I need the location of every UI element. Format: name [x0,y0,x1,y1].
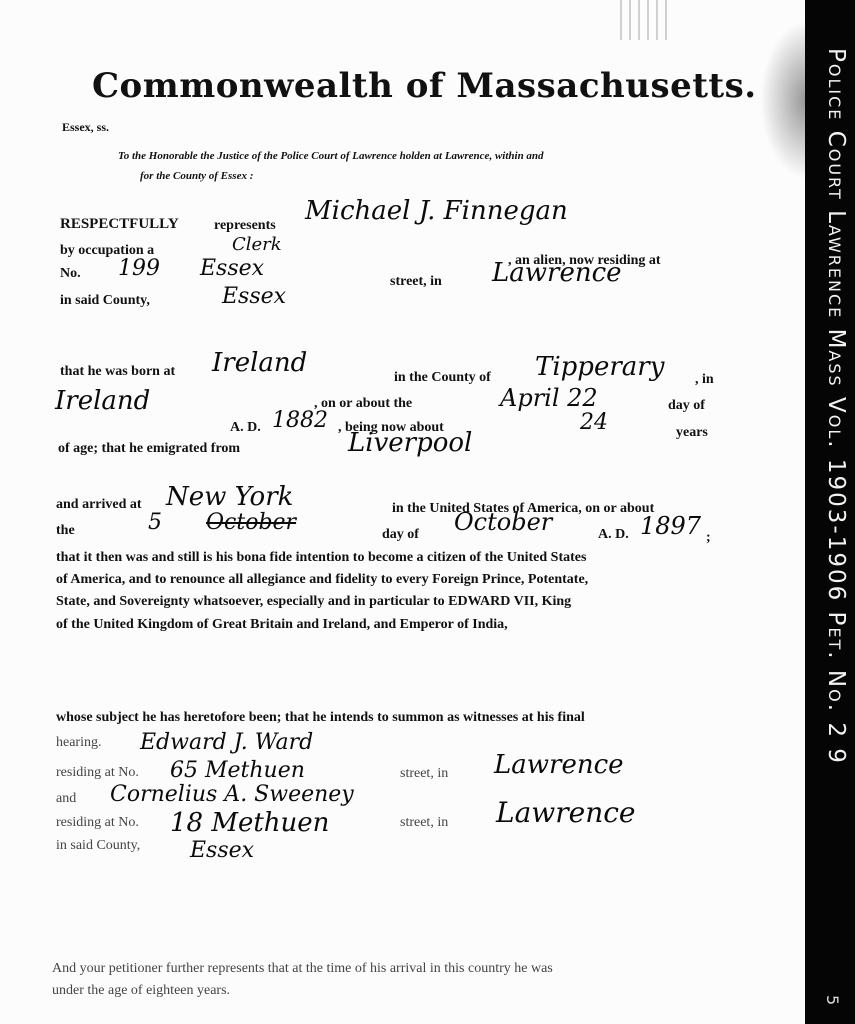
label-semicolon: ; [706,530,711,546]
witness-county: Essex [190,838,254,863]
arrival-year: 1897 [640,512,701,540]
scan-smudge [760,20,808,180]
label-ad-arrival: A. D. [598,527,629,543]
intention-line-4: of the United Kingdom of Great Britain a… [56,617,508,633]
label-street-in-1: street, in [400,766,448,782]
birthplace: Ireland [212,348,307,378]
arrival-day-struck: October [206,510,296,535]
label-born-at: that he was born at [60,364,175,380]
label-street-in: street, in [390,274,442,290]
petition-page: Commonwealth of Massachusetts. Essex, ss… [0,0,805,1024]
residence-city: Lawrence [492,258,622,288]
arrival-month: October [454,508,552,536]
label-residing-1: residing at No. [56,765,139,781]
witness2-name: Cornelius A. Sweeney [110,782,354,807]
intention-line-3: State, and Sovereignty whatsoever, espec… [56,594,571,610]
label-said-county: in said County, [56,838,140,854]
scan-noise [620,0,670,40]
street-name: Essex [200,256,264,281]
arrival-port: New York [166,482,293,512]
house-number: 199 [118,256,160,281]
document-title: Commonwealth of Massachusetts. [92,66,757,106]
witness-intro: whose subject he has heretofore been; th… [56,710,585,726]
closing-line-1: And your petitioner further represents t… [52,961,553,977]
witness1-address: 65 Methuen [170,758,305,783]
label-emigrated-from: of age; that he emigrated from [58,441,240,457]
label-in-said-county: in said County, [60,293,150,309]
label-years: years [676,425,708,441]
label-in-county-of: in the County of [394,370,491,386]
witness2-city: Lawrence [496,796,636,829]
label-arrived-at: and arrived at [56,497,142,513]
birth-year: 1882 [272,408,328,433]
label-day-of-arrival: day of [382,527,419,543]
label-and: and [56,791,76,807]
label-respectfully: RESPECTFULLY [60,216,179,233]
intention-line-2: of America, and to renounce all allegian… [56,572,588,588]
archive-page-number: 5 [823,995,842,1005]
witness2-address: 18 Methuen [170,808,329,838]
arrival-day: 5 [148,510,162,535]
birth-country: Ireland [55,386,150,416]
label-the: the [56,523,75,539]
label-ad: A. D. [230,420,261,436]
venue: Essex, ss. [62,120,109,135]
witness1-name: Edward J. Ward [140,730,313,755]
label-represents: represents [214,218,276,234]
archive-label: Police Court Lawrence Mass Vol. 1903-190… [823,48,849,765]
birth-county: Tipperary [535,352,664,382]
address-line-1: To the Honorable the Justice of the Poli… [118,150,544,162]
petitioner-name: Michael J. Finnegan [305,196,568,226]
address-line-2: for the County of Essex : [140,170,253,182]
age: 24 [580,410,608,435]
residence-county: Essex [222,284,286,309]
label-in: , in [695,372,714,388]
closing-line-2: under the age of eighteen years. [52,983,230,999]
emigrated-from: Liverpool [348,428,472,458]
birth-day: April 22 [500,384,598,412]
label-street-in-2: street, in [400,815,448,831]
label-on-or-about: , on or about the [314,396,412,412]
label-hearing: hearing. [56,735,101,751]
occupation: Clerk [232,234,282,255]
archive-label-strip: Police Court Lawrence Mass Vol. 1903-190… [805,0,855,1024]
intention-line-1: that it then was and still is his bona f… [56,550,586,566]
label-day-of: day of [668,398,705,414]
label-residing-2: residing at No. [56,815,139,831]
label-no: No. [60,266,81,282]
witness1-city: Lawrence [494,750,624,780]
